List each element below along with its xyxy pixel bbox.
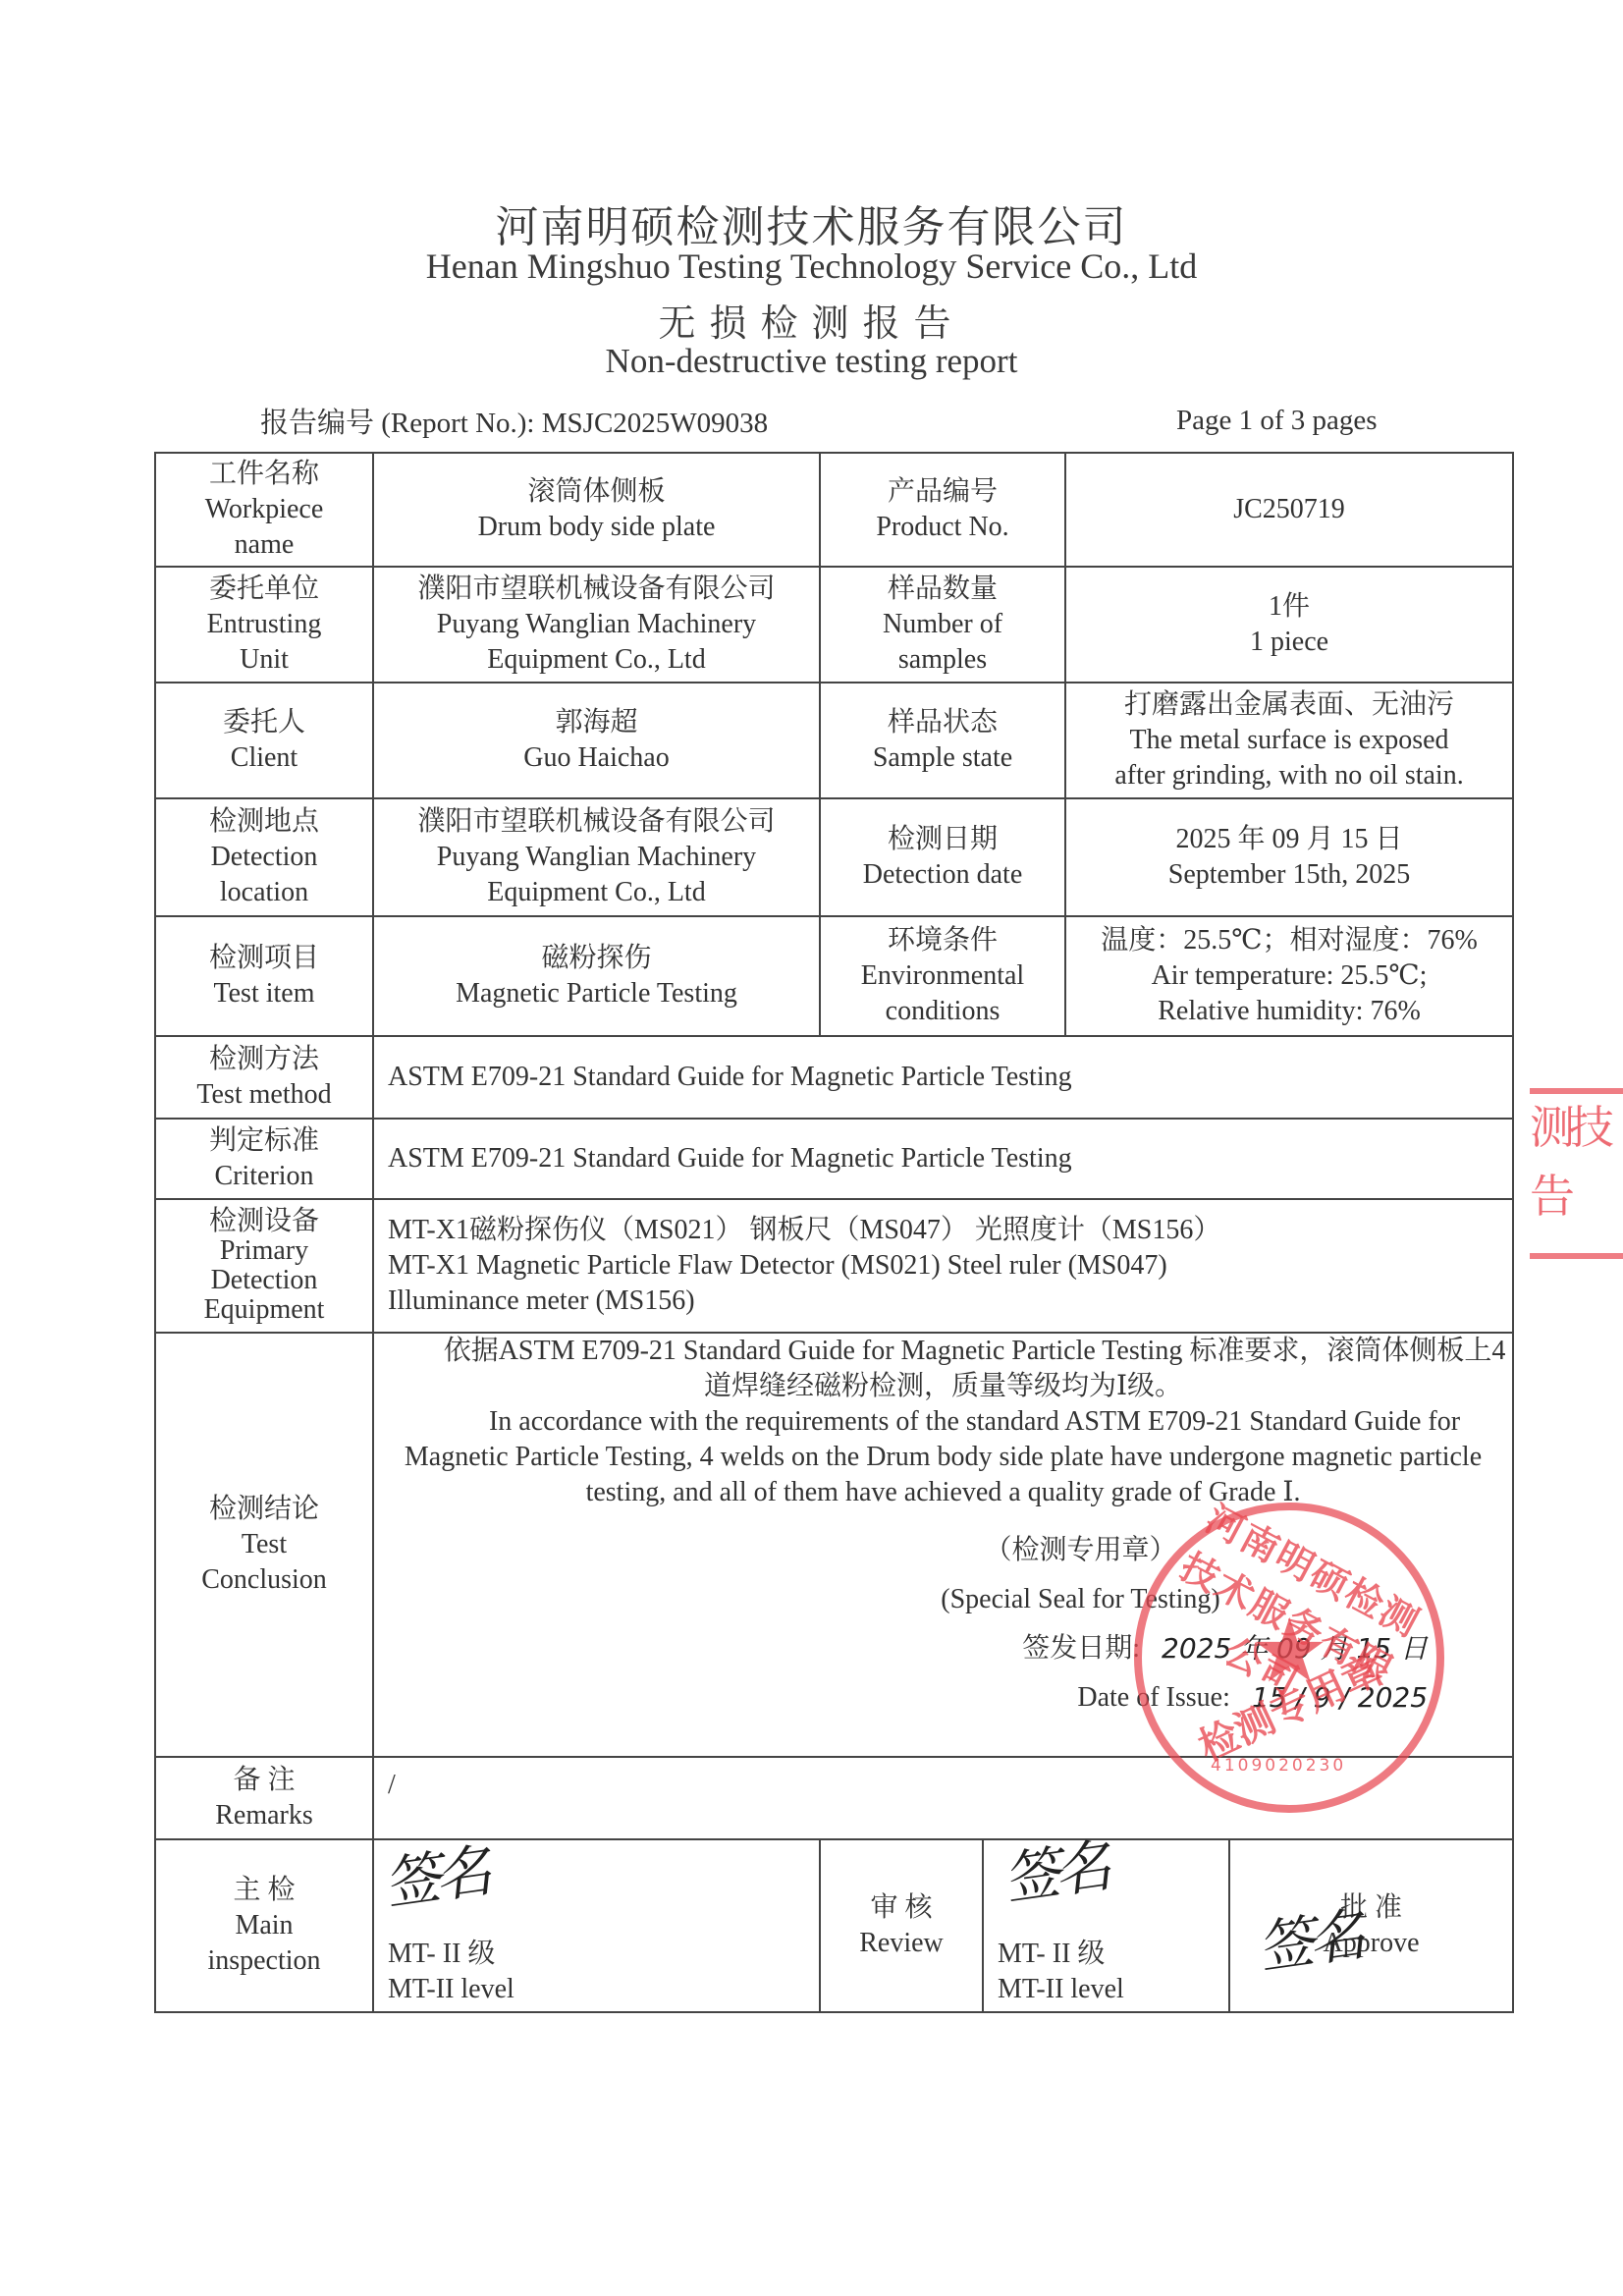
main-inspection-label: 主 检 Main inspection xyxy=(155,1839,373,2012)
row-location: 检测地点 Detection location 濮阳市望联机械设备有限公司 Pu… xyxy=(155,798,1513,916)
equipment-label: 检测设备 Primary Detection Equipment xyxy=(155,1199,373,1333)
product-no-value: JC250719 xyxy=(1065,453,1513,567)
page-indicator: Page 1 of 3 pages xyxy=(1176,405,1378,437)
row-equipment: 检测设备 Primary Detection Equipment MT-X1磁粉… xyxy=(155,1199,1513,1333)
review-label: 审 核 Review xyxy=(820,1839,983,2012)
row-entrusting: 委托单位 Entrusting Unit 濮阳市望联机械设备有限公司 Puyan… xyxy=(155,567,1513,683)
sample-state-label: 样品状态 Sample state xyxy=(820,683,1065,798)
review-signature-cell: 签名 MT- II 级 MT-II level xyxy=(983,1839,1229,2012)
product-no-label: 产品编号 Product No. xyxy=(820,453,1065,567)
workpiece-label: 工件名称 Workpiece name xyxy=(155,453,373,567)
client-value: 郭海超 Guo Haichao xyxy=(373,683,820,798)
seal-caption-en: (Special Seal for Testing) xyxy=(655,1575,1506,1624)
remarks-label: 备 注 Remarks xyxy=(155,1757,373,1839)
report-table: 工件名称 Workpiece name 滚筒体侧板 Drum body side… xyxy=(154,452,1514,2013)
samples-value: 1件 1 piece xyxy=(1065,567,1513,683)
row-client: 委托人 Client 郭海超 Guo Haichao 样品状态 Sample s… xyxy=(155,683,1513,798)
test-item-label: 检测项目 Test item xyxy=(155,916,373,1036)
remarks-value: / xyxy=(373,1757,1513,1839)
criterion-value: ASTM E709-21 Standard Guide for Magnetic… xyxy=(373,1119,1513,1199)
main-inspection-signature-cell: 签名 MT- II 级 MT-II level xyxy=(373,1839,820,2012)
conclusion-value: 依据ASTM E709-21 Standard Guide for Magnet… xyxy=(373,1333,1513,1757)
seal-caption-cn: （检测专用章） xyxy=(655,1526,1506,1575)
location-label: 检测地点 Detection location xyxy=(155,798,373,916)
approve-signature: 签名 xyxy=(1252,1888,1365,1985)
entrusting-label: 委托单位 Entrusting Unit xyxy=(155,567,373,683)
report-number: 报告编号 (Report No.): MSJC2025W09038 xyxy=(260,401,768,441)
environment-label: 环境条件 Environmental conditions xyxy=(820,916,1065,1036)
row-test-item: 检测项目 Test item 磁粉探伤 Magnetic Particle Te… xyxy=(155,916,1513,1036)
equipment-value: MT-X1磁粉探伤仪（MS021） 钢板尺（MS047） 光照度计（MS156）… xyxy=(373,1199,1513,1333)
test-item-value: 磁粉探伤 Magnetic Particle Testing xyxy=(373,916,820,1036)
client-label: 委托人 Client xyxy=(155,683,373,798)
report-title-en: Non-destructive testing report xyxy=(0,342,1623,381)
method-value: ASTM E709-21 Standard Guide for Magnetic… xyxy=(373,1036,1513,1119)
date-value: 2025 年 09 月 15 日 September 15th, 2025 xyxy=(1065,798,1513,916)
company-name-en: Henan Mingshuo Testing Technology Servic… xyxy=(0,246,1623,287)
conclusion-text-cn: 依据ASTM E709-21 Standard Guide for Magnet… xyxy=(380,1334,1506,1404)
environment-value: 温度：25.5℃；相对湿度：76% Air temperature: 25.5℃… xyxy=(1065,916,1513,1036)
row-remarks: 备 注 Remarks / xyxy=(155,1757,1513,1839)
seal-caption: （检测专用章） (Special Seal for Testing) 签发日期:… xyxy=(655,1526,1506,1722)
sample-state-value: 打磨露出金属表面、无油污 The metal surface is expose… xyxy=(1065,683,1513,798)
entrusting-value: 濮阳市望联机械设备有限公司 Puyang Wanglian Machinery … xyxy=(373,567,820,683)
row-criterion: 判定标准 Criterion ASTM E709-21 Standard Gui… xyxy=(155,1119,1513,1199)
review-signature: 签名 xyxy=(1001,1848,1108,1897)
side-seam-stamp: 测告技 xyxy=(1530,1088,1623,1259)
report-title-cn: 无损检测报告 xyxy=(0,293,1623,347)
conclusion-label: 检测结论 Test Conclusion xyxy=(155,1333,373,1757)
main-inspection-signature: 签名 xyxy=(382,1853,488,1902)
workpiece-value: 滚筒体侧板 Drum body side plate xyxy=(373,453,820,567)
date-label: 检测日期 Detection date xyxy=(820,798,1065,916)
samples-label: 样品数量 Number of samples xyxy=(820,567,1065,683)
conclusion-text-en: In accordance with the requirements of t… xyxy=(380,1404,1506,1510)
issue-date-cn: 签发日期: 2025 年 09 月 15 日 xyxy=(655,1624,1506,1673)
row-workpiece: 工件名称 Workpiece name 滚筒体侧板 Drum body side… xyxy=(155,453,1513,567)
method-label: 检测方法 Test method xyxy=(155,1036,373,1119)
criterion-label: 判定标准 Criterion xyxy=(155,1119,373,1199)
location-value: 濮阳市望联机械设备有限公司 Puyang Wanglian Machinery … xyxy=(373,798,820,916)
row-method: 检测方法 Test method ASTM E709-21 Standard G… xyxy=(155,1036,1513,1119)
row-conclusion: 检测结论 Test Conclusion 依据ASTM E709-21 Stan… xyxy=(155,1333,1513,1757)
issue-date-en: Date of Issue: 15 / 9 / 2025 xyxy=(655,1673,1506,1722)
